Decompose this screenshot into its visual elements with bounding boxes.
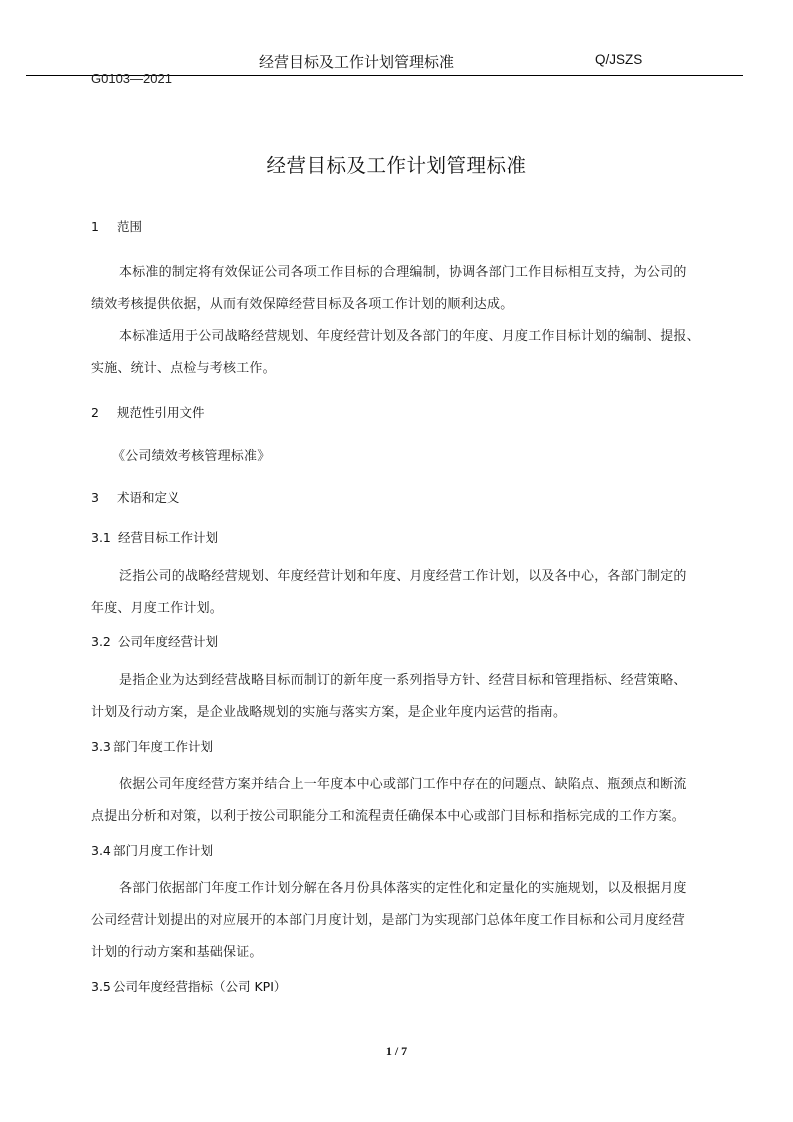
- section-number: 3.3: [91, 739, 113, 754]
- section-title: 规范性引用文件: [117, 405, 205, 420]
- section-heading-3-2: 3.2公司年度经营计划: [91, 632, 218, 650]
- paragraph-line: 泛指公司的战略经营规划、年度经营计划和年度、月度经营工作计划，以及各中心，各部门…: [119, 565, 687, 584]
- paragraph-line: 年度、月度工作计划。: [91, 597, 223, 616]
- paragraph-line: 本标准适用于公司战略经营规划、年度经营计划及各部门的年度、月度工作目标计划的编制…: [119, 325, 700, 344]
- section-number: 3.2: [91, 634, 118, 649]
- section-heading-3-4: 3.4部门月度工作计划: [91, 841, 213, 859]
- section-title: 公司年度经营指标（公司 KPI）: [113, 979, 286, 994]
- paragraph-line: 依据公司年度经营方案并结合上一年度本中心或部门工作中存在的问题点、缺陷点、瓶颈点…: [119, 773, 687, 792]
- section-title: 范围: [117, 219, 142, 234]
- section-heading-3-1: 3.1经营目标工作计划: [91, 528, 218, 546]
- section-title: 公司年度经营计划: [118, 634, 218, 649]
- running-header-title: 经营目标及工作计划管理标准: [259, 51, 454, 72]
- paragraph-line: 实施、统计、点检与考核工作。: [91, 357, 276, 376]
- section-number: 2: [91, 405, 117, 420]
- paragraph-line: 点提出分析和对策，以利于按公司职能分工和流程责任确保本中心或部门目标和指标完成的…: [91, 805, 685, 824]
- paragraph-line: 各部门依据部门年度工作计划分解在各月份具体落实的定性化和定量化的实施规划，以及根…: [119, 877, 687, 896]
- section-heading-3-5: 3.5公司年度经营指标（公司 KPI）: [91, 977, 286, 995]
- paragraph-line: 计划及行动方案，是企业战略规划的实施与落实方案，是企业年度内运营的指南。: [91, 701, 566, 720]
- section-number: 3.4: [91, 843, 113, 858]
- reference-document: 《公司绩效考核管理标准》: [112, 445, 270, 464]
- paragraph-line: 公司经营计划提出的对应展开的本部门月度计划，是部门为实现部门总体年度工作目标和公…: [91, 909, 685, 928]
- section-title: 经营目标工作计划: [118, 530, 218, 545]
- section-number: 3: [91, 490, 117, 505]
- running-header-code-suffix: G0103—2021: [91, 71, 172, 86]
- section-heading-2: 2规范性引用文件: [91, 403, 205, 421]
- section-title: 术语和定义: [117, 490, 180, 505]
- page-number: 1 / 7: [0, 1044, 793, 1059]
- section-heading-3: 3术语和定义: [91, 488, 180, 506]
- paragraph-line: 计划的行动方案和基础保证。: [91, 941, 263, 960]
- section-number: 3.1: [91, 530, 118, 545]
- paragraph-line: 绩效考核提供依据，从而有效保障经营目标及各项工作计划的顺利达成。: [91, 293, 513, 312]
- section-title: 部门年度工作计划: [113, 739, 213, 754]
- section-number: 1: [91, 219, 117, 234]
- section-title: 部门月度工作计划: [113, 843, 213, 858]
- section-number: 3.5: [91, 979, 113, 994]
- section-heading-1: 1范围: [91, 217, 142, 235]
- running-header-code: Q/JSZS: [595, 52, 642, 67]
- paragraph-line: 本标准的制定将有效保证公司各项工作目标的合理编制，协调各部门工作目标相互支持，为…: [119, 261, 687, 280]
- section-heading-3-3: 3.3部门年度工作计划: [91, 737, 213, 755]
- paragraph-line: 是指企业为达到经营战略目标而制订的新年度一系列指导方针、经营目标和管理指标、经营…: [119, 669, 687, 688]
- document-title: 经营目标及工作计划管理标准: [0, 150, 793, 178]
